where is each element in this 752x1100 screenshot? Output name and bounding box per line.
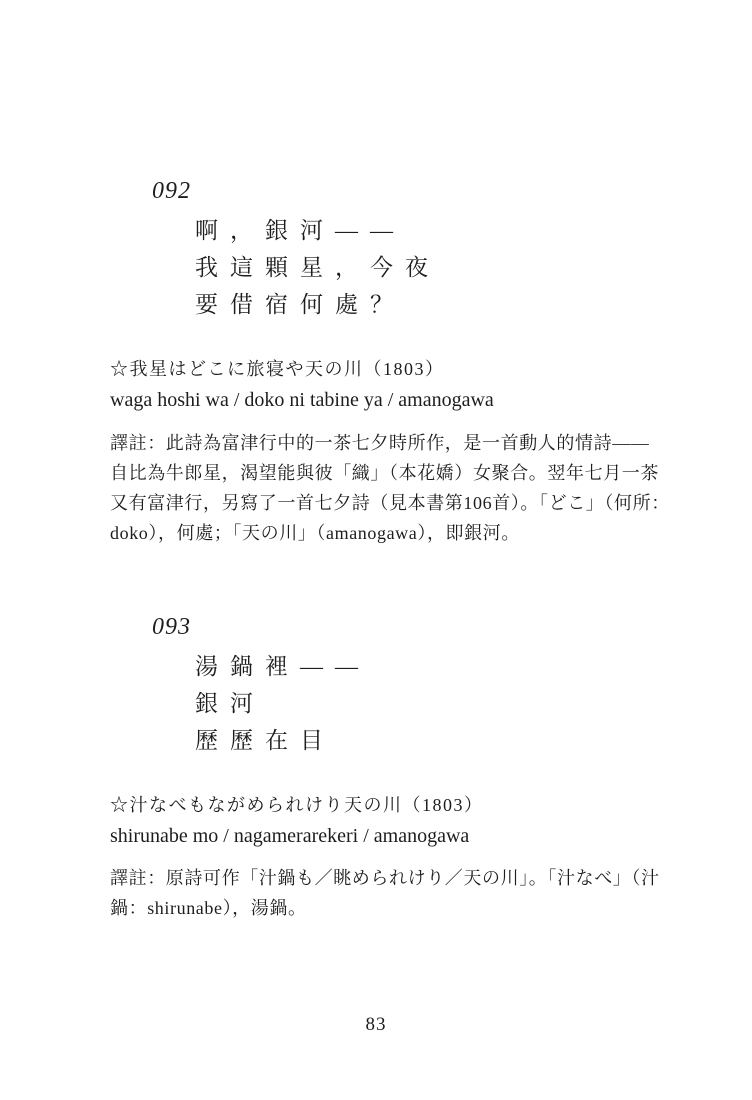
poem-line: 歷歷在目 <box>195 722 752 759</box>
haiku-romanization: shirunabe mo / nagamerarekeri / amanogaw… <box>110 822 752 850</box>
note-line: doko），何處；「天の川」（amanogawa），即銀河。 <box>110 518 752 548</box>
poem-line: 湯鍋裡—— <box>195 648 752 685</box>
translator-note: 譯註：此詩為富津行中的一茶七夕時所作，是一首動人的情詩—— 自比為牛郎星，渴望能… <box>0 428 752 548</box>
haiku-original-japanese: ☆汁なべもながめられけり天の川（1803） <box>110 791 752 819</box>
poem-number: 092 <box>152 178 752 204</box>
note-line: 又有富津行，另寫了一首七夕詩（見本書第106首）。「どこ」（何所： <box>110 488 752 518</box>
note-line: 鍋：shirunabe），湯鍋。 <box>110 893 752 923</box>
poem-line: 啊，銀河—— <box>195 212 752 249</box>
haiku-original-japanese: ☆我星はどこに旅寝や天の川（1803） <box>110 355 752 383</box>
book-page: 092 啊，銀河—— 我這顆星，今夜 要借宿何處？ ☆我星はどこに旅寝や天の川（… <box>0 0 752 1100</box>
poem-entry-092: 092 啊，銀河—— 我這顆星，今夜 要借宿何處？ ☆我星はどこに旅寝や天の川（… <box>0 178 752 548</box>
poem-line: 我這顆星，今夜 <box>195 249 752 286</box>
haiku-romanization: waga hoshi wa / doko ni tabine ya / aman… <box>110 386 752 414</box>
poem-line: 要借宿何處？ <box>195 286 752 323</box>
note-line: 自比為牛郎星，渴望能與彼「織」（本花嬌）女聚合。翌年七月一茶 <box>110 458 752 488</box>
poem-translation: 啊，銀河—— 我這顆星，今夜 要借宿何處？ <box>0 212 752 323</box>
page-number: 83 <box>0 1014 752 1036</box>
poem-number: 093 <box>152 614 752 640</box>
poem-entry-093: 093 湯鍋裡—— 銀河 歷歷在目 ☆汁なべもながめられけり天の川（1803） … <box>0 614 752 923</box>
note-line: 譯註：此詩為富津行中的一茶七夕時所作，是一首動人的情詩—— <box>110 428 752 458</box>
poem-line: 銀河 <box>195 685 752 722</box>
poem-translation: 湯鍋裡—— 銀河 歷歷在目 <box>0 648 752 759</box>
note-line: 譯註：原詩可作「汁鍋も／眺められけり／天の川」。「汁なべ」（汁 <box>110 863 752 893</box>
translator-note: 譯註：原詩可作「汁鍋も／眺められけり／天の川」。「汁なべ」（汁 鍋：shirun… <box>0 863 752 923</box>
